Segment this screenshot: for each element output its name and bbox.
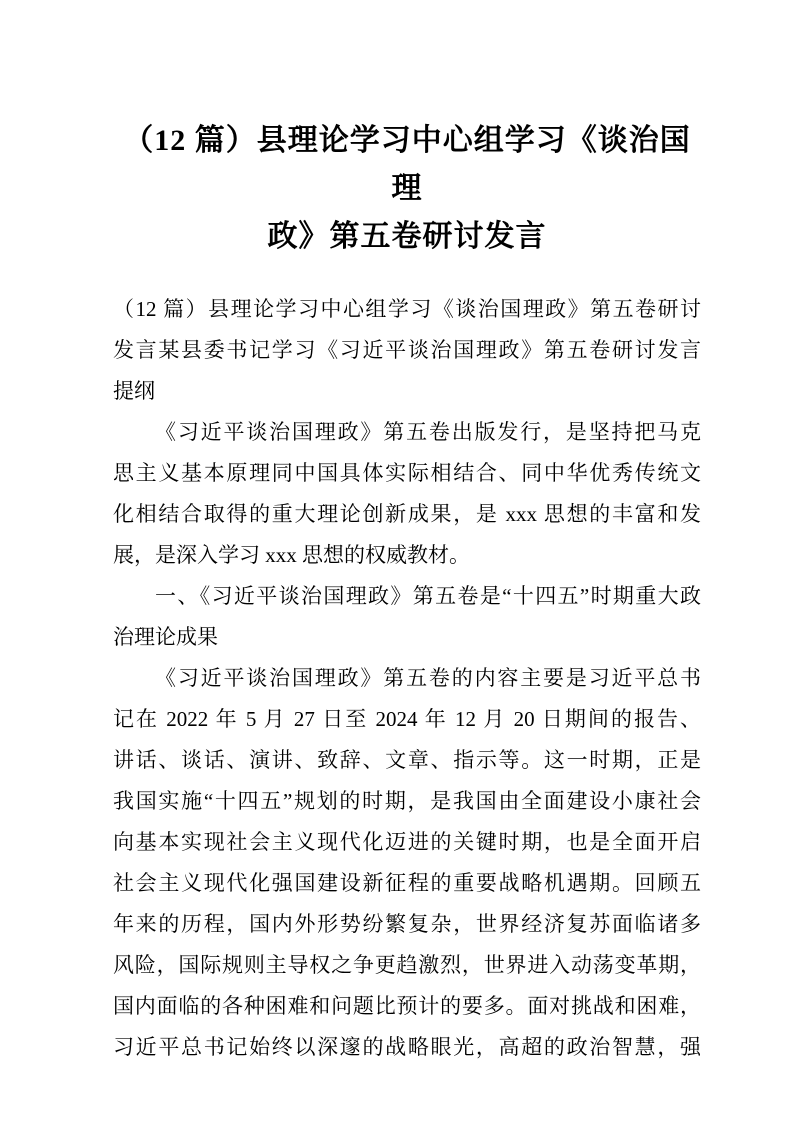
text-line: （12 篇）县理论学习中心组学习《谈治国理政》第五卷研讨 xyxy=(113,289,701,330)
document-title: （12 篇）县理论学习中心组学习《谈治国理政》第五卷研讨发言 xyxy=(113,0,701,261)
text-line: 我国实施“十四五”规划的时期，是我国由全面建设小康社会 xyxy=(113,781,701,822)
text-line: 《习近平谈治国理政》第五卷出版发行，是坚持把马克 xyxy=(113,412,701,453)
document-body: （12 篇）县理论学习中心组学习《谈治国理政》第五卷研讨发言某县委书记学习《习近… xyxy=(113,289,701,1068)
title-line: （12 篇）县理论学习中心组学习《谈治国理 xyxy=(113,117,701,213)
text-line: 发言某县委书记学习《习近平谈治国理政》第五卷研讨发言 xyxy=(113,330,701,371)
text-line: 向基本实现社会主义现代化迈进的关键时期，也是全面开启 xyxy=(113,822,701,863)
text-line: 风险，国际规则主导权之争更趋激烈，世界进入动荡变革期， xyxy=(113,945,701,986)
text-line: 《习近平谈治国理政》第五卷的内容主要是习近平总书 xyxy=(113,658,701,699)
text-line: 国内面临的各种困难和问题比预计的要多。面对挑战和困难， xyxy=(113,986,701,1027)
text-line: 化相结合取得的重大理论创新成果，是 xxx 思想的丰富和发 xyxy=(113,494,701,535)
text-line: 年来的历程，国内外形势纷繁复杂，世界经济复苏面临诸多 xyxy=(113,904,701,945)
text-line: 习近平总书记始终以深邃的战略眼光，高超的政治智慧，强 xyxy=(113,1027,701,1068)
text-line: 讲话、谈话、演讲、致辞、文章、指示等。这一时期，正是 xyxy=(113,740,701,781)
text-line: 一、《习近平谈治国理政》第五卷是“十四五”时期重大政 xyxy=(113,576,701,617)
text-line: 治理论成果 xyxy=(113,617,701,658)
document-page: （12 篇）县理论学习中心组学习《谈治国理政》第五卷研讨发言 （12 篇）县理论… xyxy=(0,0,793,1122)
text-line: 记在 2022 年 5 月 27 日至 2024 年 12 月 20 日期间的报… xyxy=(113,699,701,740)
text-line: 提纲 xyxy=(113,371,701,412)
text-line: 社会主义现代化强国建设新征程的重要战略机遇期。回顾五 xyxy=(113,863,701,904)
text-line: 思主义基本原理同中国具体实际相结合、同中华优秀传统文 xyxy=(113,453,701,494)
text-line: 展，是深入学习 xxx 思想的权威教材。 xyxy=(113,535,701,576)
title-line: 政》第五卷研讨发言 xyxy=(113,213,701,261)
